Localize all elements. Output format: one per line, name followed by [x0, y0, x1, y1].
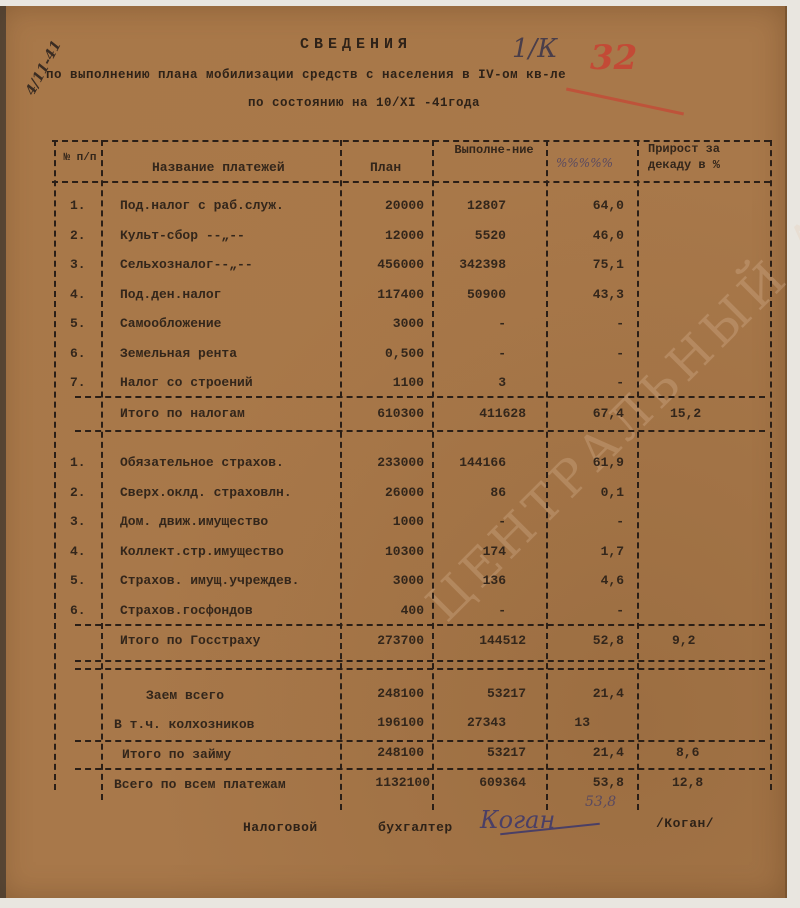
- tax-total-label: Итого по налогам: [120, 406, 245, 421]
- grand-total-done: 609364: [440, 775, 526, 790]
- loan-total-growth: 8,6: [676, 745, 699, 760]
- insurance-total-divider: [75, 660, 765, 662]
- done-value: 86: [440, 485, 506, 500]
- plan-value: 20000: [344, 198, 424, 213]
- loan-total-divider: [75, 768, 765, 770]
- header-num: № п/п: [62, 152, 98, 165]
- percent-value: 0,1: [550, 485, 624, 500]
- percent-value: -: [550, 316, 624, 331]
- payment-name: Страхов. имущ.учреждев.: [120, 573, 299, 588]
- done-value: -: [440, 603, 506, 618]
- tax-total-divider: [75, 430, 765, 432]
- loan-total-pct: 21,4: [550, 745, 624, 760]
- payment-name: Самообложение: [120, 316, 221, 331]
- done-value: 12807: [440, 198, 506, 213]
- col-border-name: [340, 140, 342, 810]
- grand-total-label: Всего по всем платежам: [114, 777, 286, 792]
- plan-value: 26000: [344, 485, 424, 500]
- loan-all-plan: 248100: [344, 686, 424, 701]
- plan-value: 3000: [344, 316, 424, 331]
- insurance-total-pct: 52,8: [550, 633, 624, 648]
- percent-value: 61,9: [550, 455, 624, 470]
- loan-kolkhoz-done: 27343: [440, 715, 506, 730]
- grand-total-pct: 53,8: [550, 775, 624, 790]
- loan-total-label: Итого по займу: [122, 747, 231, 762]
- percent-value: -: [550, 346, 624, 361]
- document-date: по состоянию на 10/XI -41года: [248, 96, 480, 110]
- header-pct: %%%%%: [556, 156, 613, 170]
- payment-name: Культ-сбор --„--: [120, 228, 245, 243]
- row-number: 2.: [70, 485, 96, 500]
- plan-value: 0,500: [344, 346, 424, 361]
- loan-section-divider: [75, 740, 765, 742]
- percent-value: 46,0: [550, 228, 624, 243]
- footer-name: /Коган/: [656, 816, 714, 831]
- plan-value: 117400: [344, 287, 424, 302]
- grand-total-plan: 1132100: [344, 775, 430, 790]
- plan-value: 1000: [344, 514, 424, 529]
- loan-top-divider: [75, 668, 765, 670]
- pencil-note: 53,8: [585, 794, 616, 810]
- footer-title: бухгалтер: [378, 820, 453, 835]
- done-value: 136: [440, 573, 506, 588]
- plan-value: 12000: [344, 228, 424, 243]
- payment-name: Сверх.оклд. страховлн.: [120, 485, 292, 500]
- col-border-pct: [637, 140, 639, 810]
- row-number: 6.: [70, 346, 96, 361]
- done-value: -: [440, 346, 506, 361]
- percent-value: -: [550, 514, 624, 529]
- percent-value: 43,3: [550, 287, 624, 302]
- footer-role: Налоговой: [243, 820, 318, 835]
- grand-total-growth: 12,8: [672, 775, 703, 790]
- red-page-number: 32: [590, 38, 637, 78]
- row-number: 4.: [70, 544, 96, 559]
- payment-name: Земельная рента: [120, 346, 237, 361]
- payment-name: Дом. движ.имущество: [120, 514, 268, 529]
- header-plan: План: [370, 160, 401, 175]
- percent-value: -: [550, 375, 624, 390]
- row-number: 4.: [70, 287, 96, 302]
- row-number: 5.: [70, 316, 96, 331]
- header-name: Название платежей: [152, 160, 285, 175]
- row-number: 1.: [70, 198, 96, 213]
- col-border-plan: [432, 140, 434, 810]
- insurance-total-plan: 273700: [344, 633, 424, 648]
- loan-total-plan: 248100: [344, 745, 424, 760]
- plan-value: 10300: [344, 544, 424, 559]
- header-growth: Прирост за декаду в %: [648, 141, 763, 173]
- row-number: 5.: [70, 573, 96, 588]
- col-border-left: [54, 140, 56, 790]
- tax-total-pct: 67,4: [550, 406, 624, 421]
- plan-value: 3000: [344, 573, 424, 588]
- loan-all-label: Заем всего: [146, 688, 224, 703]
- done-value: -: [440, 514, 506, 529]
- tax-section-divider: [75, 396, 765, 398]
- payment-name: Обязательное страхов.: [120, 455, 284, 470]
- document-title: СВЕДЕНИЯ: [300, 36, 412, 53]
- row-number: 6.: [70, 603, 96, 618]
- scan-edge: [0, 6, 6, 898]
- percent-value: 75,1: [550, 257, 624, 272]
- insurance-total-label: Итого по Госстраху: [120, 633, 260, 648]
- row-number: 7.: [70, 375, 96, 390]
- done-value: 342398: [440, 257, 506, 272]
- percent-value: 64,0: [550, 198, 624, 213]
- percent-value: 4,6: [550, 573, 624, 588]
- percent-value: 1,7: [550, 544, 624, 559]
- insurance-total-done: 144512: [440, 633, 526, 648]
- insurance-total-growth: 9,2: [672, 633, 695, 648]
- payment-name: Страхов.госфондов: [120, 603, 253, 618]
- percent-value: -: [550, 603, 624, 618]
- row-number: 1.: [70, 455, 96, 470]
- document-subtitle: по выполнению плана мобилизации средств …: [46, 68, 566, 82]
- payment-name: Сельхозналог--„--: [120, 257, 253, 272]
- col-border-num: [101, 140, 103, 800]
- done-value: 174: [440, 544, 506, 559]
- done-value: 50900: [440, 287, 506, 302]
- col-border-right: [770, 140, 772, 790]
- loan-kolkhoz-label: В т.ч. колхозников: [114, 717, 254, 732]
- row-number: 3.: [70, 514, 96, 529]
- payment-name: Налог со строений: [120, 375, 253, 390]
- done-value: 5520: [440, 228, 506, 243]
- done-value: 144166: [440, 455, 506, 470]
- plan-value: 233000: [344, 455, 424, 470]
- tax-total-done: 411628: [440, 406, 526, 421]
- loan-all-pct: 21,4: [550, 686, 624, 701]
- tax-total-growth: 15,2: [670, 406, 701, 421]
- header-done: Выполне-ние: [446, 142, 542, 158]
- done-value: 3: [440, 375, 506, 390]
- plan-value: 456000: [344, 257, 424, 272]
- plan-value: 400: [344, 603, 424, 618]
- plan-value: 1100: [344, 375, 424, 390]
- tax-total-plan: 610300: [344, 406, 424, 421]
- col-border-done: [546, 140, 548, 810]
- row-number: 2.: [70, 228, 96, 243]
- done-value: -: [440, 316, 506, 331]
- insurance-section-divider: [75, 624, 765, 626]
- row-number: 3.: [70, 257, 96, 272]
- loan-kolkhoz-pct: 13: [550, 715, 590, 730]
- payment-name: Под.налог с раб.служ.: [120, 198, 284, 213]
- loan-total-done: 53217: [440, 745, 526, 760]
- loan-kolkhoz-plan: 196100: [344, 715, 424, 730]
- header-bottom-border: [52, 181, 770, 183]
- archive-mark: 1/К: [512, 34, 557, 64]
- loan-all-done: 53217: [440, 686, 526, 701]
- payment-name: Под.ден.налог: [120, 287, 221, 302]
- payment-name: Коллект.стр.имущество: [120, 544, 284, 559]
